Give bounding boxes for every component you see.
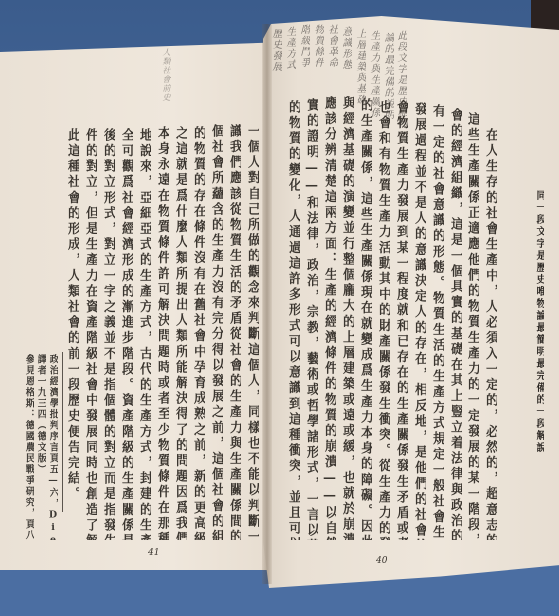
text-column: 個社會所蘊含的生產力沒有完分得以發展之前，這個社會的組織是不會消滅的，各種關係 <box>210 124 223 540</box>
handwritten-note-left: 人類社會前史 <box>162 48 170 102</box>
page-number-left: 41 <box>148 548 159 558</box>
text-column: 這些生產關係正適應他們的物質生產力的一定發展的某一階段，生產關係的總體構成社 <box>466 112 479 540</box>
photo-scene: 此段文字是歷史唯物 論的最完備的說明 生產力與生產關係 上層建築與基礎 意識形態… <box>0 0 559 616</box>
text-column: 的物質的變化，人通過這許多形式可以意識到這種衝突，並且可以衝突進行到底。我們不能… <box>287 100 300 540</box>
footnote: 譯者一九三四（德文版） <box>36 354 46 475</box>
text-column: 全可觀爲社會經濟形成的漸進步階段。資產階級的生產關係是生產與社會發展過程的最 <box>120 128 133 540</box>
text-column: 一個人對自己所做的觀念來判斷這個人，同樣也不能以判斷一個崩潰的時代以這時代的意 <box>246 124 259 540</box>
text-column: 識我們應該從物質生活的矛盾從社會的生產力與生產關係間的矛盾來解釋這意識，在一 <box>228 124 241 540</box>
text-column: 此這種社會的形成，人類社會的前一段歷史便告完結。 <box>66 128 79 502</box>
handwritten-note: 意識形態 <box>340 26 350 70</box>
text-column: 的生產關係，這些生產關係現在就變成爲生產力本身的障礙。因此社會革命的時代展開來。 <box>359 98 372 540</box>
text-column: 地說來，亞細亞式的生產方式，古代的生產方式，封建的生產方式，現代資產階級的生產方… <box>138 128 151 540</box>
page-heading: 同一段文字是歷史唯物論最簡明最完備的一段解說 <box>534 190 544 454</box>
text-column: 件的對立，但是生產力在資產階級社會中發展同時也創造了解決這種對立的物質條件。因 <box>84 128 97 540</box>
footnote-rule <box>62 352 63 512</box>
footnote: 政治經濟學批判序言頁五—六，Dietz Verlag版 <box>48 354 58 540</box>
text-column: 後的對立形式，對立一字之義並不是指個體的對立而是指發生在有個體存在着的社會條 <box>102 128 115 540</box>
text-column: 應該分辨清楚這兩方面：生產的經濟條件的物質的崩潰——以自然科學之助可以加以確 <box>323 96 336 540</box>
handwritten-note: 社會革命 <box>326 24 336 68</box>
text-column: 發展過程並不是人的意識決定人的存在，相反地，是他們的社會的存在決定他們的意識。社 <box>413 102 426 540</box>
handwritten-note: 歷史發展 <box>270 28 280 72</box>
text-column: 與經濟基礎的演變並行整個龐大的上層建築或遠或緩，也就於崩潰。觀察這種崩潰時永遠 <box>341 96 354 540</box>
text-column: 之這就是爲什麼人類所提出人類所能解決得了的問題因爲我們進一步看便可知道問題 <box>174 126 187 540</box>
text-column: 會物質生產力發展到某一程度就和已存在的生產關係發生矛盾或者就是那法律的表現 <box>395 100 408 540</box>
text-column: 的物質的存在條件沒有在舊社會中孕育成熟之前，新的更高級的生產關係也不能取而代 <box>192 126 205 540</box>
handwritten-note: 上層建築與基礎 <box>354 28 364 105</box>
book-gutter <box>262 24 272 584</box>
text-column: 有一定的社會意識的形態。物質生活的生產方式規定一般社會生活政治生活精神生活底 <box>431 104 444 540</box>
page-number-right: 40 <box>376 556 387 566</box>
text-column: 在人生存的社會生產中，人必須入一定的，必然的，超意志的各種關係內，即生產關係內， <box>484 128 497 540</box>
text-column: 也會和有物質生產力活動其中的財產關係發生衝突。從生產力的發展的各種形態過去 <box>377 100 390 540</box>
text-column: 實的證明——和法律，政治，宗教，藝術或哲學諸形式，一言以蔽之，就是意識形態的各種… <box>305 98 318 540</box>
handwritten-note: 生產方式 <box>284 26 294 70</box>
text-column: 會的經濟組織，這是一個具實的基礎在其上豎立着法律與政治的上層建築和它相適應的 <box>449 108 462 540</box>
footnote: 參見恩格斯：德國農民戰爭研究，頁八十三—八十五，國際社會 <box>24 354 34 540</box>
handwritten-note: 物質條件 <box>312 24 322 68</box>
text-column: 本身永遠在物質條件許可解決問題時或者至少物質條件在那種發展中問題才出現。概括 <box>156 126 169 540</box>
handwritten-note: 階級鬥爭 <box>298 24 308 68</box>
